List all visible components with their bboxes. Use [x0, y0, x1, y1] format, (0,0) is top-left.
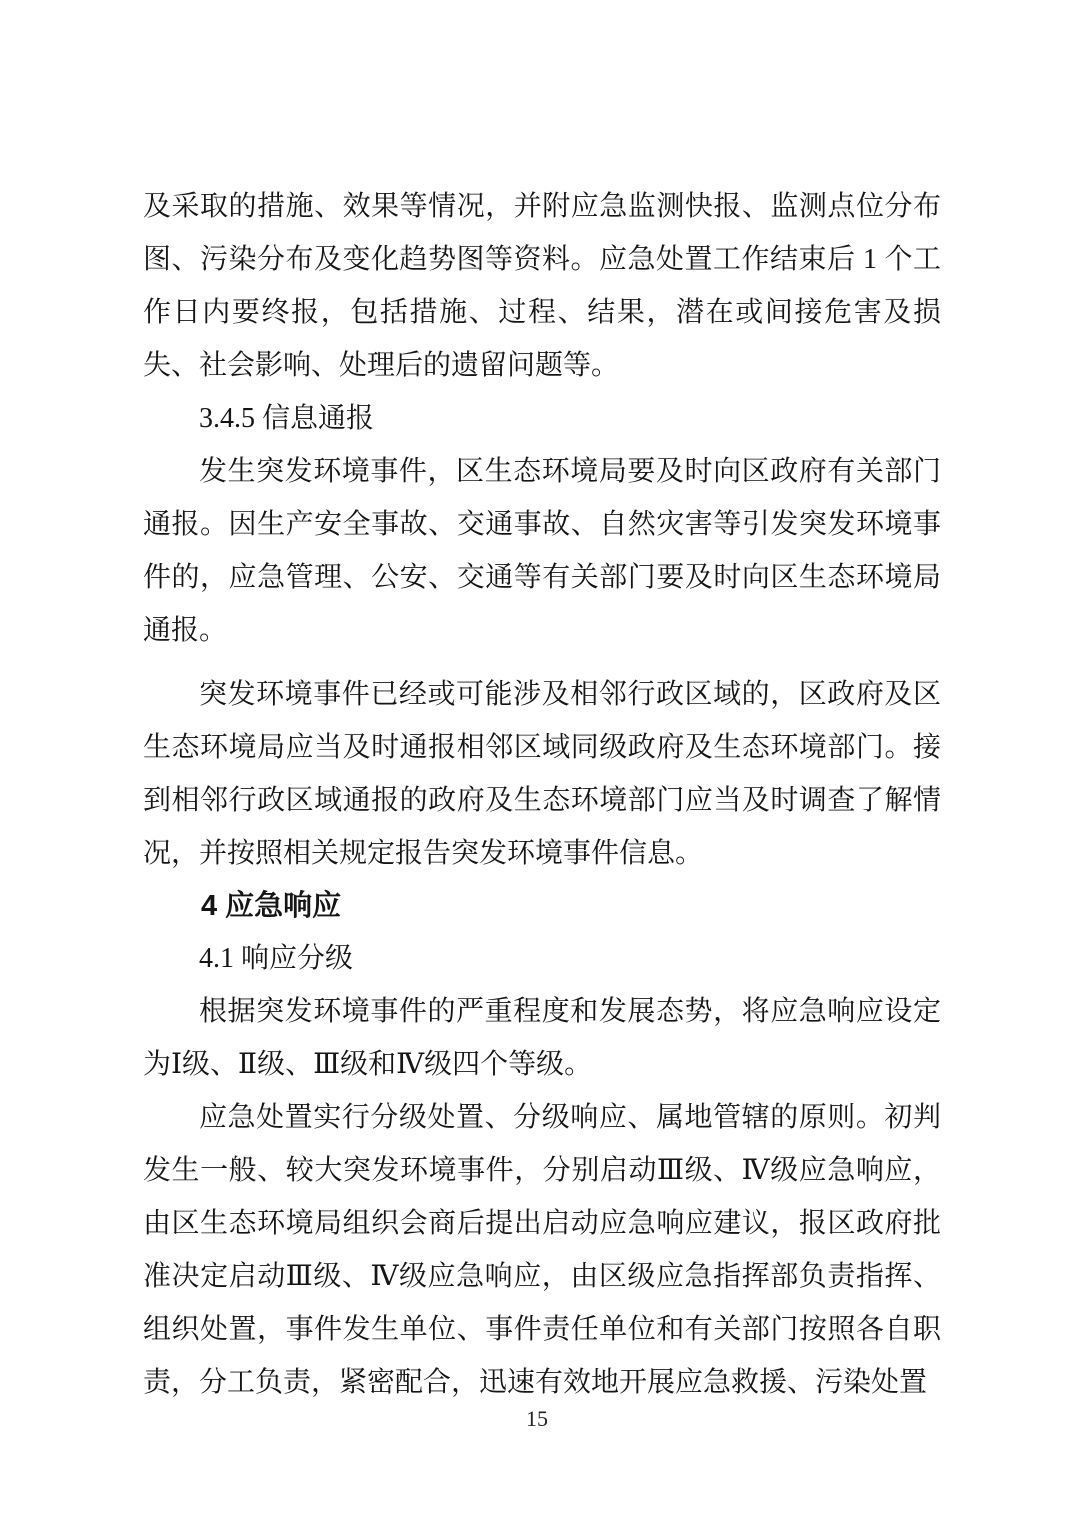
paragraph-information-notification: 发生突发环境事件，区生态环境局要及时向区政府有关部门通报。因生产安全事故、交通事… — [143, 445, 941, 657]
section-heading-4: 4 应急响应 — [143, 880, 941, 932]
paragraph-graded-disposal: 应急处置实行分级处置、分级响应、属地管辖的原则。初判发生一般、较大突发环境事件，… — [143, 1091, 941, 1409]
paragraph-response-levels: 根据突发环境事件的严重程度和发展态势，将应急响应设定为Ⅰ级、Ⅱ级、Ⅲ级和Ⅳ级四个… — [143, 985, 941, 1091]
page-number: 15 — [0, 1404, 1074, 1434]
section-heading-3-4-5: 3.4.5 信息通报 — [143, 392, 941, 445]
paragraph-report-continuation: 及采取的措施、效果等情况，并附应急监测快报、监测点位分布图、污染分布及变化趋势图… — [143, 180, 941, 392]
document-body: 及采取的措施、效果等情况，并附应急监测快报、监测点位分布图、污染分布及变化趋势图… — [143, 180, 941, 1409]
document-page: 及采取的措施、效果等情况，并附应急监测快报、监测点位分布图、污染分布及变化趋势图… — [0, 0, 1074, 1520]
section-heading-4-1: 4.1 响应分级 — [143, 932, 941, 985]
paragraph-cross-region-notification: 突发环境事件已经或可能涉及相邻行政区域的，区政府及区生态环境局应当及时通报相邻区… — [143, 668, 941, 880]
